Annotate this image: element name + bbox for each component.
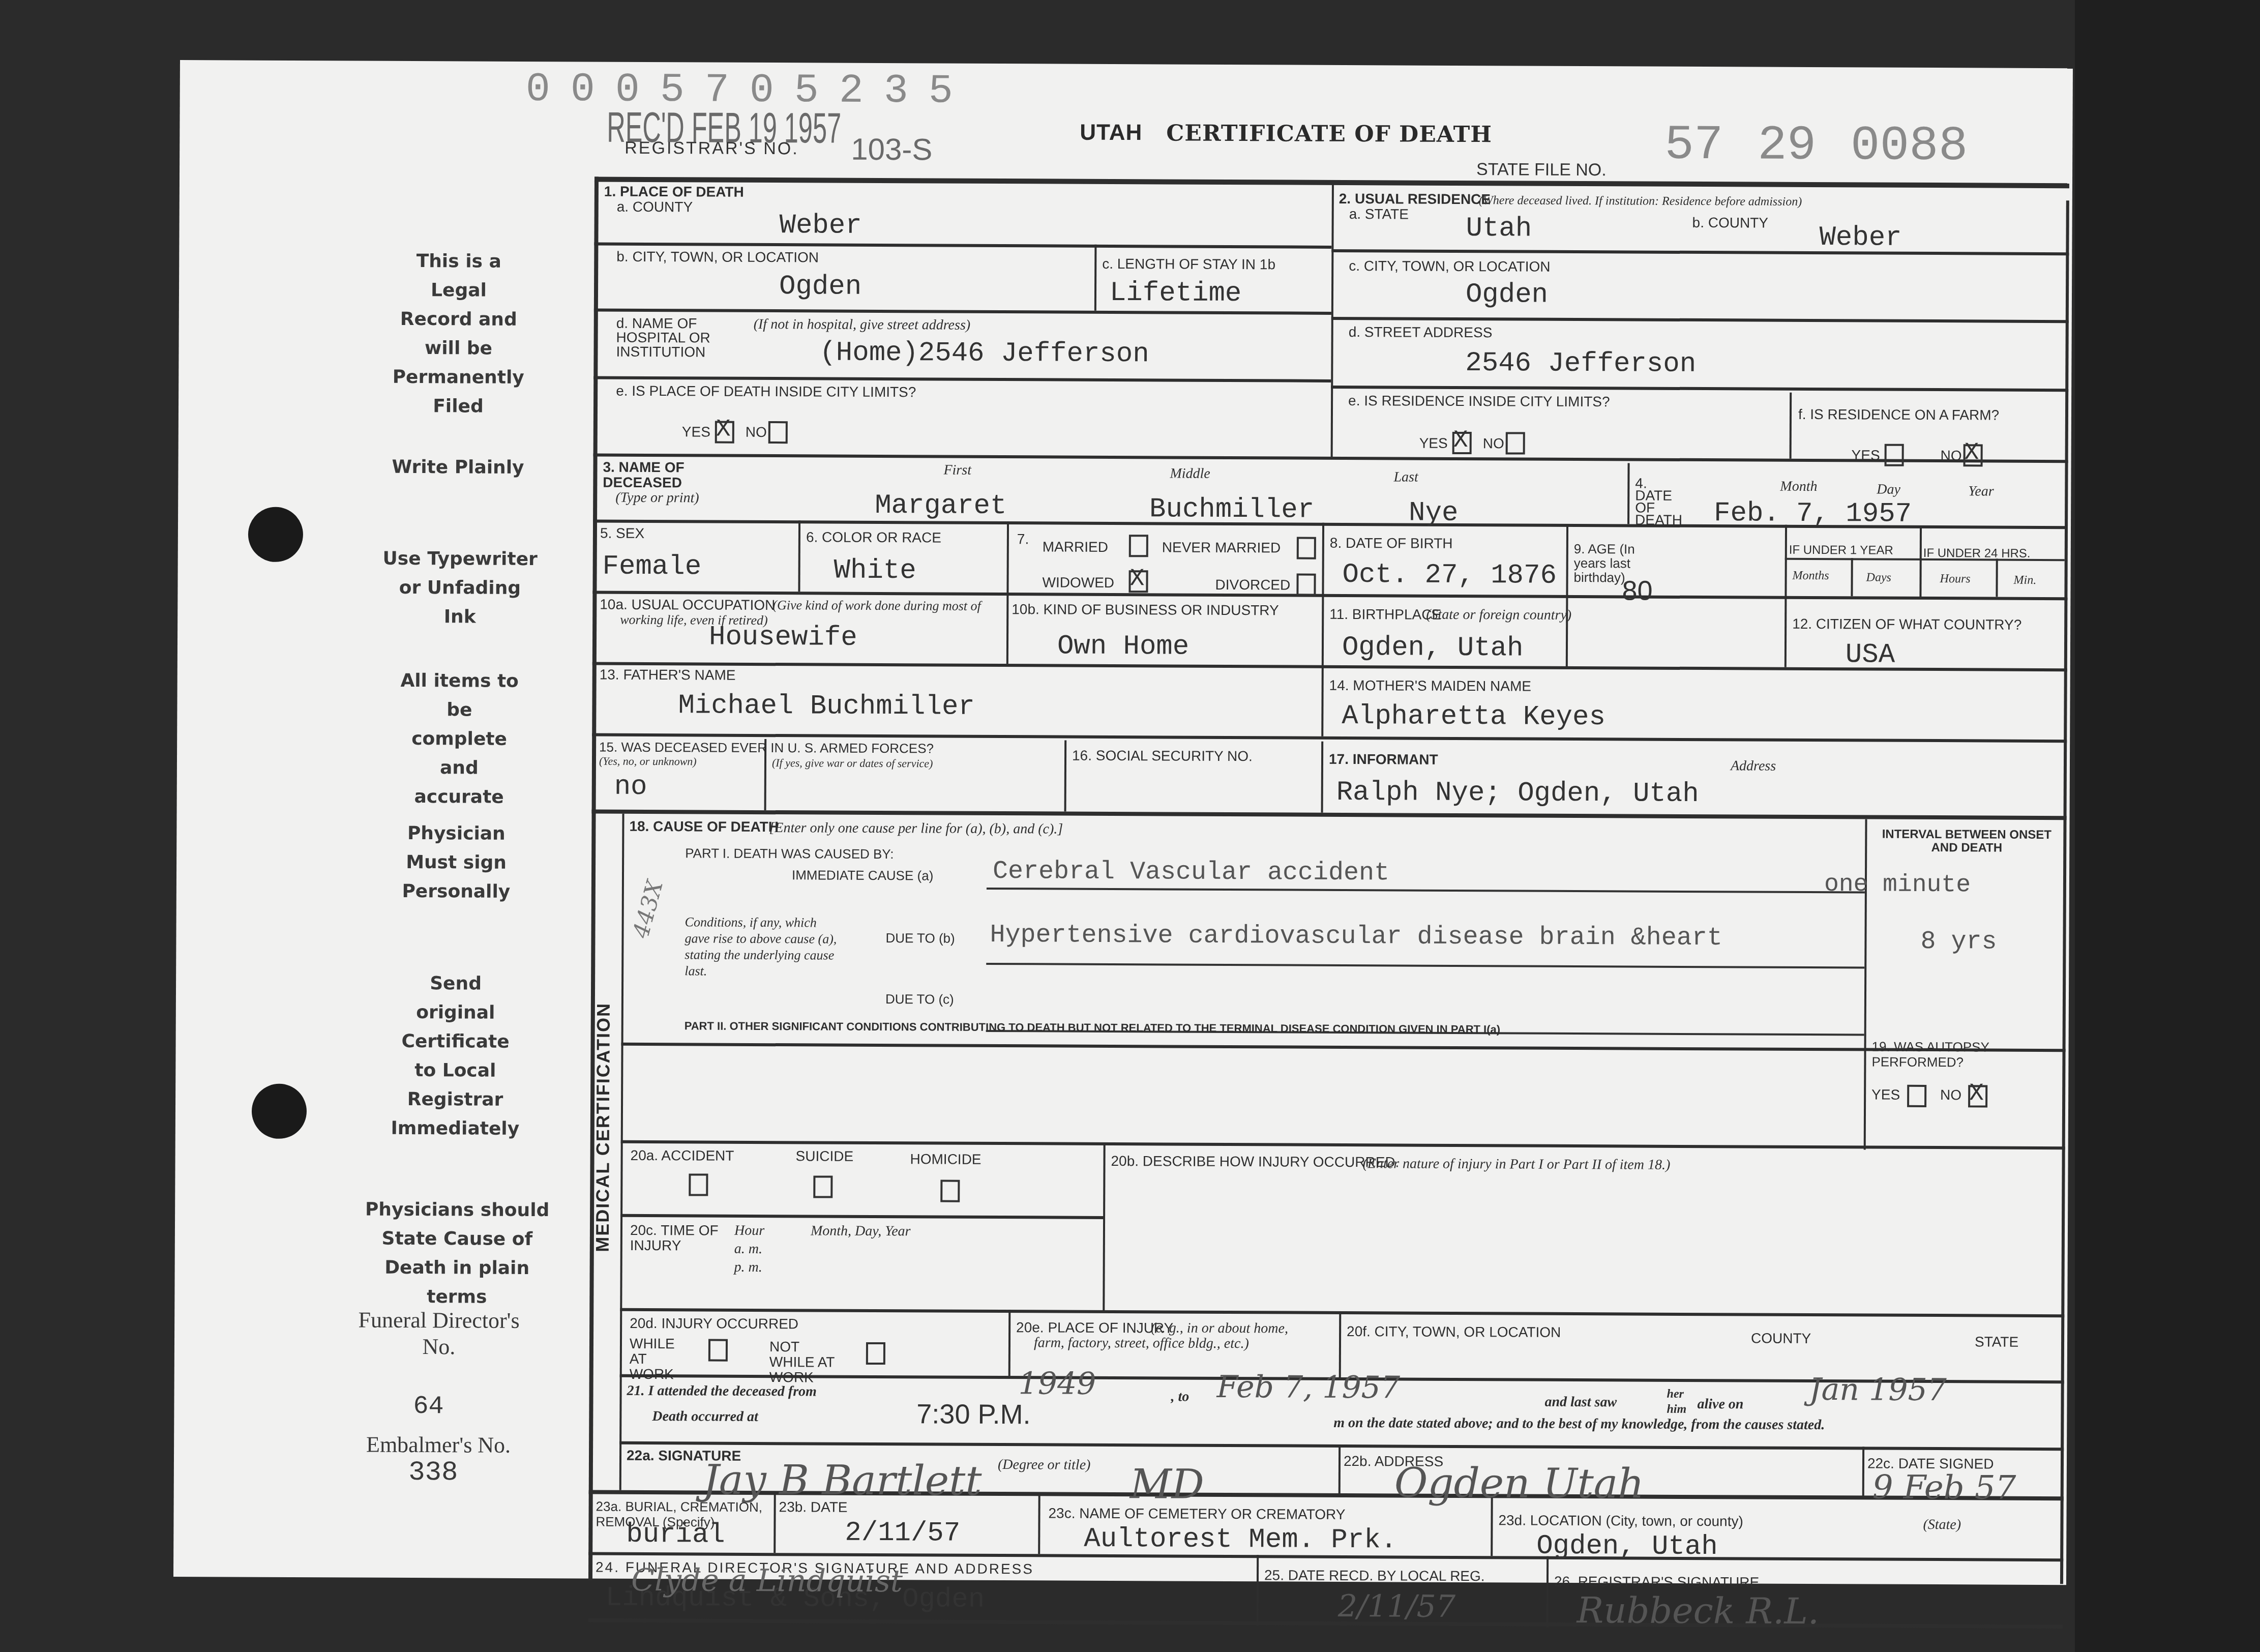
date-of-birth-field[interactable]: Oct. 27, 1876 [1342,559,1557,592]
autopsy-no-checkbox[interactable] [1968,1085,1987,1107]
section-usual-residence: 2. USUAL RESIDENCE (Where deceased lived… [180,60,2073,68]
field-label: e. IS PLACE OF DEATH INSIDE CITY LIMITS? [616,383,916,400]
length-of-stay-field[interactable]: Lifetime [1110,278,1242,309]
field-label: 23c. NAME OF CEMETERY OR CREMATORY [1048,1506,1345,1522]
no-label: NO [1483,436,1504,451]
field-label: a. COUNTY [617,199,693,215]
field-label: 20b. DESCRIBE HOW INJURY OCCURRED. [1111,1154,1400,1170]
binder-hole-icon [252,1084,307,1139]
field-label: 20d. INJURY OCCURRED [630,1316,798,1332]
mother-name-field[interactable]: Alpharetta Keyes [1342,701,1605,733]
field-label: e. IS RESIDENCE INSIDE CITY LIMITS? [1348,393,1610,409]
field-label: 14. MOTHER'S MAIDEN NAME [1329,678,1532,694]
homicide-label: HOMICIDE [910,1152,982,1167]
her-label: her [1667,1386,1684,1402]
registrars-no-label: REGISTRAR'S NO. [625,138,799,159]
field-label: 10b. KIND OF BUSINESS OR INDUSTRY [1012,602,1279,618]
cemetery-field[interactable]: Aultorest Mem. Prk. [1084,1524,1397,1556]
section-deceased: 3. NAME OF DECEASED (Type or print) Firs… [180,60,2073,68]
homicide-checkbox[interactable] [940,1180,960,1202]
section-attestation: 21. I attended the deceased from 1949 , … [180,60,2073,68]
pm-label: p. m. [734,1260,762,1275]
registrars-no: 103-S [851,132,932,167]
interval-b-field[interactable]: 8 yrs [1920,927,1997,957]
never-married-label: NEVER MARRIED [1162,540,1281,555]
field-label: 8. DATE OF BIRTH [1330,536,1453,551]
middle-name-field[interactable]: Buchmiller [1149,494,1314,525]
field-label: 25. DATE RECD. BY LOCAL REG. [1264,1568,1485,1584]
first-name-field[interactable]: Margaret [875,490,1007,522]
field-label: 13. FATHER'S NAME [600,667,736,683]
divorced-label: DIVORCED [1215,577,1290,593]
state-file-no-label: STATE FILE NO. [1476,160,1607,180]
registrar-signature[interactable]: Rubbeck R.L. [1577,1589,1820,1632]
embalmer-no: 338 [398,1460,469,1487]
field-label: 3. NAME OF DECEASED [603,460,720,491]
while-at-work-label: WHILE AT WORK [630,1336,691,1382]
widowed-label: WIDOWED [1042,575,1114,591]
page-title: CERTIFICATE OF DEATH [1166,120,1492,147]
alive-on-label: alive on [1697,1397,1743,1412]
immediate-cause-field[interactable]: Cerebral Vascular accident [993,857,1389,888]
no-label: NO [1941,448,1962,463]
yes-label: YES [1852,448,1880,463]
suicide-label: SUICIDE [796,1148,854,1164]
date-signed-field[interactable]: 9 Feb 57 [1872,1469,2016,1507]
under-1-year-label: IF UNDER 1 YEAR [1789,543,1893,558]
margin-code: 443X [628,877,669,941]
inside-city-no-checkbox[interactable] [768,421,788,444]
yes-label: YES [1871,1087,1900,1103]
first-name-label: First [943,463,971,478]
divorced-checkbox[interactable] [1296,574,1316,596]
disposition-field[interactable]: burial [626,1519,725,1551]
armed-forces-field[interactable]: no [614,772,647,803]
field-label: c. CITY, TOWN, OR LOCATION [1349,258,1550,275]
sex-field[interactable]: Female [603,551,702,583]
note-typewriter: Use Typewriter or Unfading Ink [381,544,539,632]
section-hint: (Where deceased lived. If institution: R… [1479,193,1802,210]
field-label: 12. CITIZEN OF WHAT COUNTRY? [1792,616,2021,633]
statement-text: m on the date stated above; and to the b… [1333,1415,1825,1433]
yes-label: YES [682,424,710,439]
place-city-field[interactable]: Ogden [779,271,861,303]
funeral-director-signature[interactable]: Clyde a Lindquist [631,1562,903,1599]
field-label: 16. SOCIAL SECURITY NO. [1072,748,1253,764]
farm-no-checkbox[interactable] [1964,444,1983,466]
part1-label: PART I. DEATH WAS CAUSED BY: [685,845,894,862]
not-while-at-work-label: NOT WHILE AT WORK [769,1339,841,1385]
hour-label: Hour [734,1223,764,1238]
field-label: IMMEDIATE CAUSE (a) [792,867,933,883]
section-medical-certification: MEDICAL CERTIFICATION 18. CAUSE OF DEATH… [180,60,2073,68]
field-label: 17. INFORMANT [1329,752,1438,768]
months-label: Months [1793,568,1829,583]
note-complete: All items to be complete and accurate [396,666,523,812]
citizen-field[interactable]: USA [1846,639,1895,670]
section-burial: 23a. BURIAL, CREMATION, REMOVAL (Specify… [180,60,2073,68]
burial-date-field[interactable]: 2/11/57 [845,1518,960,1549]
form-grid [180,60,2073,68]
field-label: d. STREET ADDRESS [1349,324,1493,340]
field-label: 11. BIRTHPLACE [1329,607,1441,623]
accident-checkbox[interactable] [689,1173,708,1196]
section-label: 1. PLACE OF DEATH [604,184,744,200]
note-write-plainly: Write Plainly [386,453,529,482]
interval-label: INTERVAL BETWEEN ONSET AND DEATH [1870,828,2063,855]
autopsy-yes-checkbox[interactable] [1907,1085,1926,1107]
due-to-b-field[interactable]: Hypertensive cardiovascular disease brai… [990,921,1722,953]
field-label: 23d. LOCATION (City, town, or county) [1498,1513,1743,1529]
field-label: d. NAME OF HOSPITAL OR INSTITUTION [616,316,718,360]
mdy-label: Month, Day, Year [811,1223,911,1239]
age-field[interactable]: 80 [1622,575,1652,606]
field-label: a. STATE [1349,206,1409,222]
field-hint: (If yes, give war or dates of service) [772,755,933,771]
field-label: DUE TO (b) [885,930,955,946]
title-prefix: UTAH [1080,120,1142,146]
funeral-director-no-label: Funeral Director's No. [342,1307,536,1361]
married-label: MARRIED [1043,539,1108,555]
never-married-checkbox[interactable] [1297,537,1316,559]
note-state-cause: Physicians should State Cause of Death i… [358,1195,556,1312]
field-hint: (Type or print) [615,490,699,506]
burial-location-field[interactable]: Ogden, Utah [1536,1531,1718,1563]
month-label: Month [1780,479,1817,494]
residence-inside-city-no-checkbox[interactable] [1506,432,1525,454]
last-saw-label: and last saw [1544,1395,1617,1410]
attended-to-field[interactable]: Feb 7, 1957 [1216,1369,1400,1406]
address-label: Address [1731,758,1776,774]
last-name-label: Last [1393,469,1418,485]
field-label: 23b. DATE [779,1499,848,1515]
field-label: 18. CAUSE OF DEATH [629,819,779,835]
middle-name-label: Middle [1170,466,1210,482]
embalmer-no-label: Embalmer's No. [342,1431,535,1459]
residence-county-field[interactable]: Weber [1819,222,1901,254]
state-file-no: 57 29 0088 [1664,117,1968,174]
field-label: b. COUNTY [1692,215,1768,231]
no-label: NO [746,425,767,440]
note-send-original: Send original Certificate to Local Regis… [389,969,522,1143]
interval-a-field[interactable]: one minute [1824,871,1971,899]
place-county-field[interactable]: Weber [779,210,861,242]
field-hint: (Enter nature of injury in Part I or Par… [1362,1156,1670,1173]
field-label: b. CITY, TOWN, OR LOCATION [616,249,819,265]
field-hint: [Enter only one cause per line for (a), … [769,820,1063,837]
occupation-field[interactable]: Housewife [709,622,857,654]
funeral-director-no: 64 [398,1394,459,1421]
county-label: COUNTY [1751,1331,1811,1347]
field-label: 4. DATE OF DEATH [1635,477,1681,526]
no-label: NO [1940,1087,1961,1103]
informant-field[interactable]: Ralph Nye; Ogden, Utah [1336,777,1699,810]
certificate-page: 0005705235 REC'D FEB 19 1957 REGISTRAR'S… [173,60,2073,1585]
not-while-at-work-checkbox[interactable] [866,1342,885,1365]
farm-yes-checkbox[interactable] [1885,444,1904,466]
residence-city-field[interactable]: Ogden [1466,279,1548,311]
scan-background-edge [2075,0,2260,1652]
attended-label: 21. I attended the deceased from [627,1383,817,1400]
field-label: c. LENGTH OF STAY IN 1b [1102,256,1275,272]
widowed-checkbox[interactable] [1128,570,1148,593]
residence-inside-city-yes-checkbox[interactable] [1452,432,1472,454]
field-label: 20f. CITY, TOWN, OR LOCATION [1347,1324,1561,1340]
note-legal-record: This is a Legal Record and will be Perma… [392,247,525,421]
field-hint: (e. g., in or about home, farm, factory,… [1034,1320,1319,1351]
suicide-checkbox[interactable] [813,1175,832,1198]
residence-street-field[interactable]: 2546 Jefferson [1465,348,1696,380]
field-label: 26. REGISTRAR'S SIGNATURE [1554,1574,1759,1590]
field-label: 6. COLOR OR RACE [806,529,941,545]
year-label: Year [1968,484,1994,499]
while-at-work-checkbox[interactable] [708,1339,728,1362]
marital-label: 7. [1017,532,1029,547]
field-label: f. IS RESIDENCE ON A FARM? [1798,407,1999,423]
state-label: STATE [1975,1334,2018,1349]
death-time-field[interactable]: 7:30 P.M. [916,1398,1030,1430]
race-field[interactable]: White [834,555,916,587]
under-24-hrs-label: IF UNDER 24 HRS. [1923,546,2031,562]
hours-label: Hours [1940,571,1971,586]
field-label: 20c. TIME OF INJURY [630,1223,722,1254]
section-place-of-death: 1. PLACE OF DEATH a. COUNTY Weber b. CIT… [180,60,2073,68]
residence-state-field[interactable]: Utah [1466,213,1532,245]
inside-city-yes-checkbox[interactable] [715,421,734,444]
father-name-field[interactable]: Michael Buchmiller [678,690,975,723]
date-received-field[interactable]: 2/11/57 [1338,1588,1456,1625]
attended-from-field[interactable]: 1949 [1019,1366,1096,1402]
physician-address-field[interactable]: Ogden Utah [1394,1459,1644,1507]
yes-label: YES [1419,436,1448,451]
death-occurred-label: Death occurred at [652,1409,758,1425]
him-label: him [1667,1402,1686,1417]
to-label: , to [1171,1390,1189,1405]
section-label: 2. USUAL RESIDENCE [1339,191,1491,207]
field-label: 5. SEX [600,526,644,541]
field-hint: (Yes, no, or unknown) [599,754,697,770]
physician-signature[interactable]: Jay B Bartlett [703,1456,982,1504]
day-label: Day [1877,482,1900,497]
field-hint: (State or foreign country) [1426,607,1571,623]
state-label: (State) [1923,1517,1961,1532]
field-hint: (If not in hospital, give street address… [754,317,971,333]
last-saw-alive-field[interactable]: Jan 1957 [1809,1372,1947,1408]
date-of-death-field[interactable]: Feb. 7, 1957 [1714,498,1912,530]
days-label: Days [1866,570,1891,585]
binder-hole-icon [248,507,303,562]
degree-field[interactable]: MD [1130,1460,1204,1508]
married-checkbox[interactable] [1129,535,1148,557]
birthplace-field[interactable]: Ogden, Utah [1342,632,1524,664]
medical-certification-label: MEDICAL CERTIFICATION [592,1002,614,1252]
note-physician-sign: Physician Must sign Personally [395,819,518,906]
part2-label: PART II. OTHER SIGNIFICANT CONDITIONS CO… [685,1018,1501,1037]
last-name-field[interactable]: Nye [1409,498,1458,529]
hospital-field[interactable]: (Home)2546 Jefferson [819,337,1149,370]
accident-label: 20a. ACCIDENT [631,1148,734,1164]
degree-label: (Degree or title) [998,1457,1091,1473]
min-label: Min. [2014,573,2037,588]
industry-field[interactable]: Own Home [1057,631,1190,663]
field-label: DUE TO (c) [885,991,954,1007]
am-label: a. m. [734,1242,762,1257]
conditions-hint: Conditions, if any, which gave rise to a… [685,914,838,980]
field-label: 19. WAS AUTOPSY PERFORMED? [1871,1039,2055,1071]
